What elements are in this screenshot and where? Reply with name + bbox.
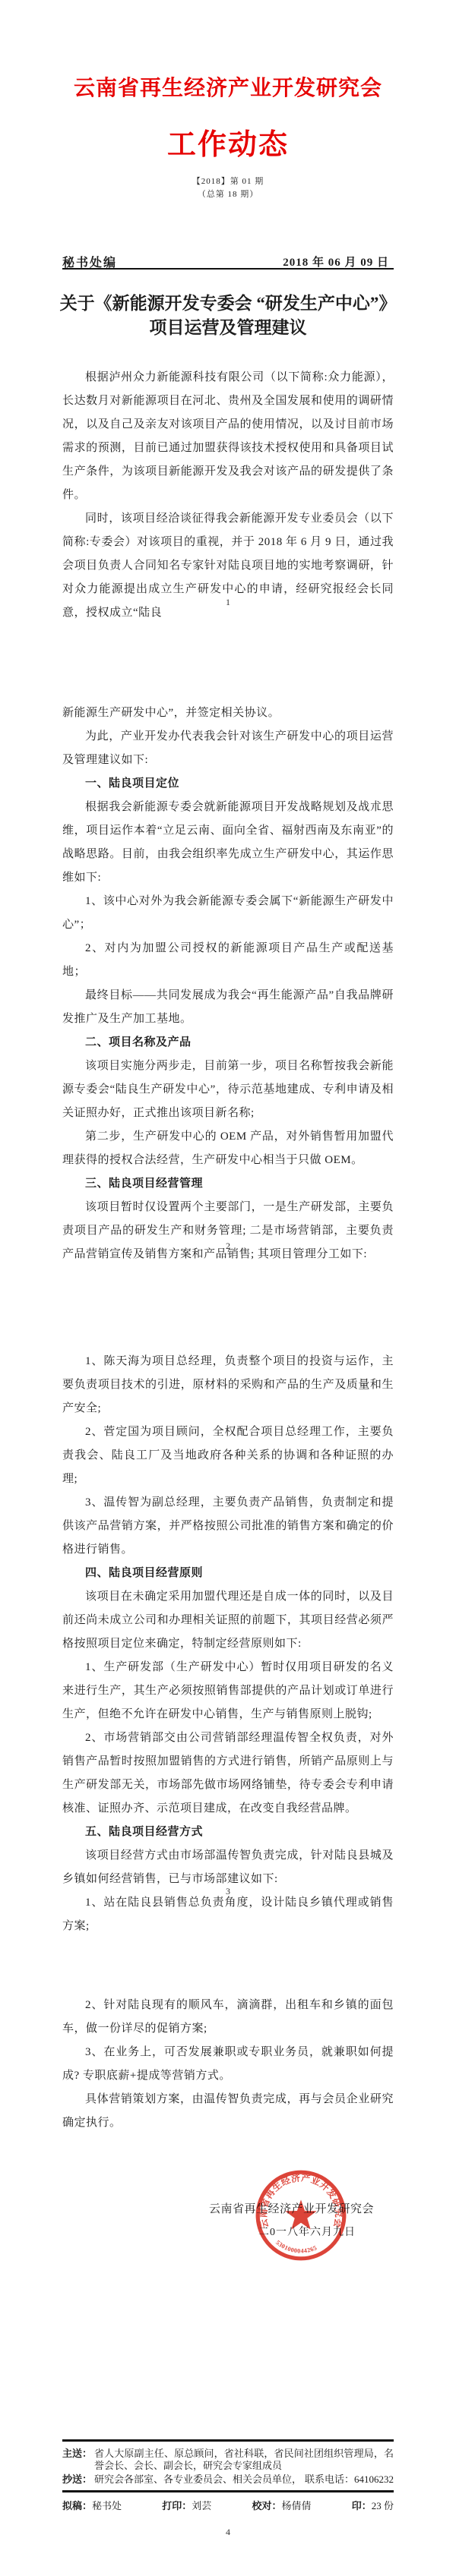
paragraph: 最终目标——共同发展成为我会“再生能源产品”自我品牌研发推广及生产加工基地。 — [62, 984, 394, 1031]
draft-value: 秘书处 — [92, 2500, 122, 2511]
document-title-line2: 项目运营及管理建议 — [46, 316, 410, 340]
draft-label: 拟稿： — [62, 2500, 92, 2511]
main-send-list: 省人大原副主任、原总顾问，省社科联，省民间社团组织管理局，名誉会长、会长、副会长… — [94, 2448, 394, 2472]
list-item: 1、陈天海为项目总经理，负责整个项目的投资与运作，主要负责项目技术的引进，原材料… — [62, 1350, 394, 1420]
main-send-row: 主送： 省人大原副主任、原总顾问，省社科联，省民间社团组织管理局，名誉会长、会长… — [62, 2448, 394, 2472]
paragraph: 该项目经营方式由市场部温传智负责完成，针对陆良县城及乡镇如何经营销售，已与市场部… — [62, 1844, 394, 1891]
paragraph: 根据泸州众力新能源科技有限公司（以下简称:众力能源），长达数月对新能源项目在河北… — [62, 366, 394, 507]
page-number-1: 1 — [0, 597, 456, 608]
print-value: 刘芸 — [192, 2500, 211, 2511]
masthead-bulletin-title: 工作动态 — [0, 128, 456, 162]
page-number-2: 2 — [0, 1241, 456, 1252]
issue-date: 2018 年 06 月 09 日 — [283, 254, 389, 270]
paragraph: 该项目实施分两步走，目前第一步，项目名称暂按我会新能源专委会“陆良生产研发中心”… — [62, 1055, 394, 1125]
issue-total-number: （总第 18 期） — [0, 188, 456, 200]
proof-label: 校对： — [252, 2500, 281, 2511]
section-heading-3: 三、陆良项目经营管理 — [62, 1172, 394, 1196]
paragraph: 第二步，生产研发中心的 OEM 产品，对外销售暂用加盟代理获得的授权合法经营，生… — [62, 1125, 394, 1172]
list-item: 3、在业务上，可否发展兼职或专职业务员，就兼职如何提成? 专职底薪+提成等营销方… — [62, 2041, 394, 2088]
list-item: 1、生产研发部（生产研发中心）暂时仅用项目研发的名义来进行生产，其生产必须按照销… — [62, 1656, 394, 1726]
list-item: 2、菅定国为项目顾问，全权配合项目总经理工作，主要负责我会、陆良工厂及当地政府各… — [62, 1420, 394, 1491]
list-item: 2、对内为加盟公司授权的新能源项目产品生产或配送基地； — [62, 937, 394, 984]
footer-staff-row: 拟稿：秘书处 打印：刘芸 校对：杨倩倩 印：23 份 — [62, 2500, 394, 2512]
bulletin-page: 云南省再生经济产业开发研究会 工作动态 【2018】第 01 期 （总第 18 … — [0, 0, 456, 2576]
print-label: 打印： — [162, 2500, 192, 2511]
official-stamp: 云南省再生经济产业开发研究会 5301000044265 — [254, 2168, 348, 2262]
section-heading-1: 一、陆良项目定位 — [62, 772, 394, 796]
masthead-org-title: 云南省再生经济产业开发研究会 — [0, 71, 456, 102]
copies-value: 23 份 — [372, 2500, 394, 2511]
list-item: 3、温传智为副总经理，主要负责产品销售，负责制定和提供该产品营销方案，并严格按照… — [62, 1491, 394, 1562]
section-heading-2: 二、项目名称及产品 — [62, 1031, 394, 1055]
contact-phone-label: 联系电话： — [305, 2474, 354, 2485]
document-title: 关于《新能源开发专委会 “研发生产中心”》 项目运营及管理建议 — [46, 292, 410, 340]
paragraph: 该项目在未确定采用加盟代理还是自成一体的同时，以及目前还尚未成立公司和办理相关证… — [62, 1585, 394, 1656]
paragraph-continuation: 新能源生产研发中心”，并签定相关协议。 — [62, 702, 394, 725]
proof-value: 杨倩倩 — [281, 2500, 311, 2511]
issue-number: 【2018】第 01 期 — [0, 175, 456, 187]
section-heading-4: 四、陆良项目经营原则 — [62, 1562, 394, 1585]
copy-send-row: 抄送： 研究会各部室、各专业委员会、相关会员单位， 联系电话：64106232 — [62, 2474, 394, 2486]
section-heading-5: 五、陆良项目经营方式 — [62, 1821, 394, 1844]
list-item: 1、该中心对外为我会新能源专委会属下“新能源生产研发中心”； — [62, 890, 394, 937]
document-title-line1: 关于《新能源开发专委会 “研发生产中心”》 — [46, 292, 410, 316]
page-number-4: 4 — [0, 2527, 456, 2538]
stamp-star-icon — [285, 2199, 316, 2229]
list-item: 2、针对陆良现有的顺风车，滴滴群，出租车和乡镇的面包车，做一份详尽的促销方案; — [62, 1994, 394, 2041]
list-item: 1、站在陆良县销售总负责角度，设计陆良乡镇代理或销售方案; — [62, 1891, 394, 1938]
body-page2: 新能源生产研发中心”，并签定相关协议。 为此，产业开发办代表我会针对该生产研发中… — [62, 702, 394, 1266]
masthead-divider — [62, 268, 394, 270]
paragraph: 具体营销策划方案，由温传智负责完成，再与会员企业研究确定执行。 — [62, 2088, 394, 2135]
contact-phone: 联系电话：64106232 — [305, 2474, 394, 2486]
body-page1: 根据泸州众力新能源科技有限公司（以下简称:众力能源），长达数月对新能源项目在河北… — [62, 366, 394, 625]
paragraph: 该项目暂时仅设置两个主要部门，一是生产研发部，主要负责项目产品的研发生产和财务管… — [62, 1196, 394, 1266]
footer-distribution: 主送： 省人大原副主任、原总顾问，省社科联，省民间社团组织管理局，名誉会长、会长… — [62, 2439, 394, 2512]
body-page4: 2、针对陆良现有的顺风车，滴滴群，出租车和乡镇的面包车，做一份详尽的促销方案; … — [62, 1994, 394, 2135]
copy-send-label: 抄送： — [62, 2474, 94, 2486]
page-number-3: 3 — [0, 1886, 456, 1897]
contact-phone-number: 64106232 — [354, 2474, 394, 2485]
footer-rule-bottom — [62, 2490, 394, 2492]
copies-label: 印： — [352, 2500, 372, 2511]
footer-rule-top — [62, 2439, 394, 2442]
paragraph: 根据我会新能源专委会就新能源项目开发战略规划及战朮思维，项目运作本着“立足云南、… — [62, 796, 394, 890]
paragraph: 为此，产业开发办代表我会针对该生产研发中心的项目运营及管理建议如下: — [62, 725, 394, 772]
list-item: 2、市场营销部交由公司营销部经理温传智全权负责，对外销售产品暂时按照加盟销售的方… — [62, 1726, 394, 1821]
body-page3: 1、陈天海为项目总经理，负责整个项目的投资与运作，主要负责项目技术的引进，原材料… — [62, 1350, 394, 1938]
main-send-label: 主送： — [62, 2448, 94, 2460]
copy-send-list: 研究会各部室、各专业委员会、相关会员单位， — [94, 2474, 302, 2486]
